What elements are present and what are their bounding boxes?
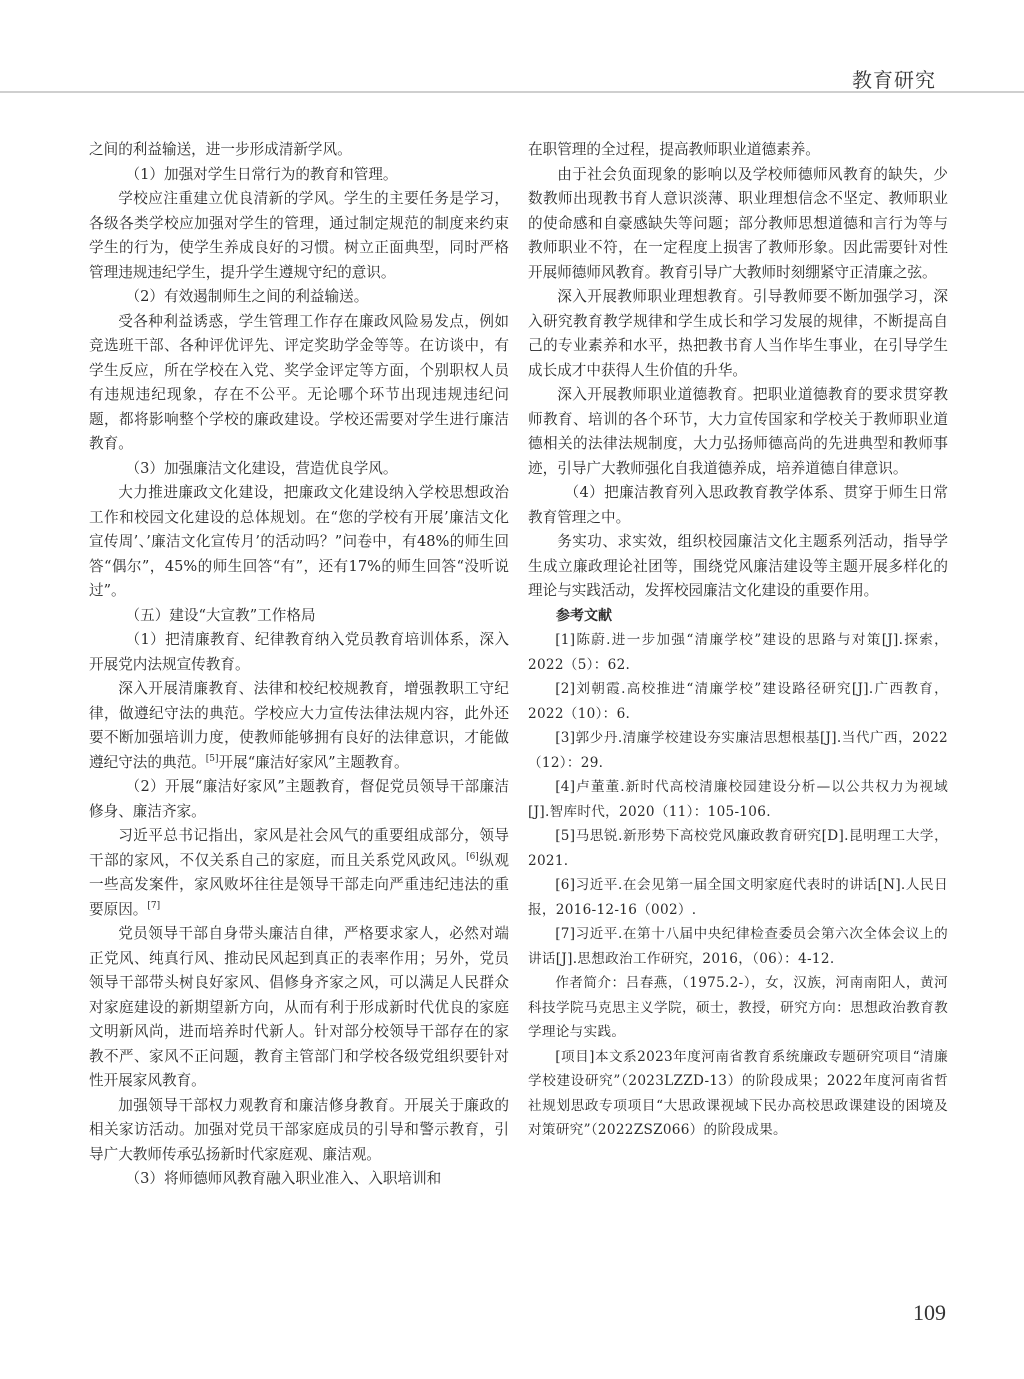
left-column: 之间的利益输送，进一步形成清新学风。 （1）加强对学生日常行为的教育和管理。 学… (89, 138, 509, 1192)
paragraph: 在职管理的全过程，提高教师职业道德素养。 (528, 138, 948, 163)
author-bio: 作者简介：吕春燕，（1975.2-），女，汉族，河南南阳人，黄河科技学院马克思主… (528, 971, 948, 1045)
paragraph-text: 习近平总书记指出，家风是社会风气的重要组成部分，领导干部的家风，不仅关系自己的家… (89, 827, 509, 869)
paragraph: 由于社会负面现象的影响以及学校师德师风教育的缺失，少数教师出现教书育人意识淡薄、… (528, 163, 948, 286)
paragraph: 习近平总书记指出，家风是社会风气的重要组成部分，领导干部的家风，不仅关系自己的家… (89, 824, 509, 922)
paragraph: 受各种利益诱惑，学生管理工作存在廉政风险易发点，例如竞选班干部、各种评优评先、评… (89, 310, 509, 457)
paragraph: 深入开展教师职业道德教育。把职业道德教育的要求贯穿教师教育、培训的各个环节，大力… (528, 383, 948, 481)
section-heading: （五）建设“大宣教”工作格局 (89, 604, 509, 629)
subheading: （2）有效遏制师生之间的利益输送。 (89, 285, 509, 310)
citation-marker: [6] (466, 852, 479, 862)
paragraph: 加强领导干部权力观教育和廉洁修身教育。开展关于廉政的相关家访活动。加强对党员干部… (89, 1094, 509, 1168)
paragraph: 党员领导干部自身带头廉洁自律，严格要求家人，必然对端正党风、纯真行风、推动民风起… (89, 922, 509, 1094)
subheading: （3）将师德师风教育融入职业准入、入职培训和 (89, 1167, 509, 1192)
paragraph: 深入开展教师职业理想教育。引导教师要不断加强学习，深入研究教育教学规律和学生成长… (528, 285, 948, 383)
paragraph-text: 开展“廉洁好家风”主题教育。 (219, 754, 409, 771)
reference-item: [6]习近平.在会见第一届全国文明家庭代表时的讲话[N].人民日报，2016-1… (528, 873, 948, 922)
project-note: [项目]本文系2023年度河南省教育系统廉政专题研究项目“清廉学校建设研究”（2… (528, 1045, 948, 1143)
subheading: （2）开展“廉洁好家风”主题教育，督促党员领导干部廉洁修身、廉洁齐家。 (89, 775, 509, 824)
paragraph: 之间的利益输送，进一步形成清新学风。 (89, 138, 509, 163)
page-number: 109 (913, 1300, 946, 1326)
paragraph: 学校应注重建立优良清新的学风。学生的主要任务是学习，各级各类学校应加强对学生的管… (89, 187, 509, 285)
reference-item: [5]马思锐.新形势下高校党风廉政教育研究[D].昆明理工大学，2021. (528, 824, 948, 873)
reference-item: [3]郭少丹.清廉学校建设夯实廉洁思想根基[J].当代广西，2022（12）：2… (528, 726, 948, 775)
header-divider (0, 91, 1024, 93)
subheading: （1）加强对学生日常行为的教育和管理。 (89, 163, 509, 188)
reference-item: [1]陈蔚.进一步加强“清廉学校”建设的思路与对策[J].探索，2022（5）：… (528, 628, 948, 677)
citation-marker: [7] (147, 901, 160, 911)
references-heading: 参考文献 (528, 604, 948, 629)
subheading: （4）把廉洁教育列入思政教育教学体系、贯穿于师生日常教育管理之中。 (528, 481, 948, 530)
subheading: （1）把清廉教育、纪律教育纳入党员教育培训体系，深入开展党内法规宣传教育。 (89, 628, 509, 677)
citation-marker: [5] (206, 754, 219, 764)
reference-item: [2]刘朝霞.高校推进“清廉学校”建设路径研究[J].广西教育，2022（10）… (528, 677, 948, 726)
right-column: 在职管理的全过程，提高教师职业道德素养。 由于社会负面现象的影响以及学校师德师风… (528, 138, 948, 1143)
reference-item: [7]习近平.在第十八届中央纪律检查委员会第六次全体会议上的讲话[J].思想政治… (528, 922, 948, 971)
header-section-title: 教育研究 (852, 64, 936, 93)
paragraph: 务实功、求实效，组织校园廉洁文化主题系列活动，指导学生成立廉政理论社团等，围绕党… (528, 530, 948, 604)
subheading: （3）加强廉洁文化建设，营造优良学风。 (89, 457, 509, 482)
paragraph: 深入开展清廉教育、法律和校纪校规教育，增强教职工守纪律，做遵纪守法的典范。学校应… (89, 677, 509, 775)
reference-item: [4]卢董董.新时代高校清廉校园建设分析—以公共权力为视域[J].智库时代，20… (528, 775, 948, 824)
paragraph: 大力推进廉政文化建设，把廉政文化建设纳入学校思想政治工作和校园文化建设的总体规划… (89, 481, 509, 604)
